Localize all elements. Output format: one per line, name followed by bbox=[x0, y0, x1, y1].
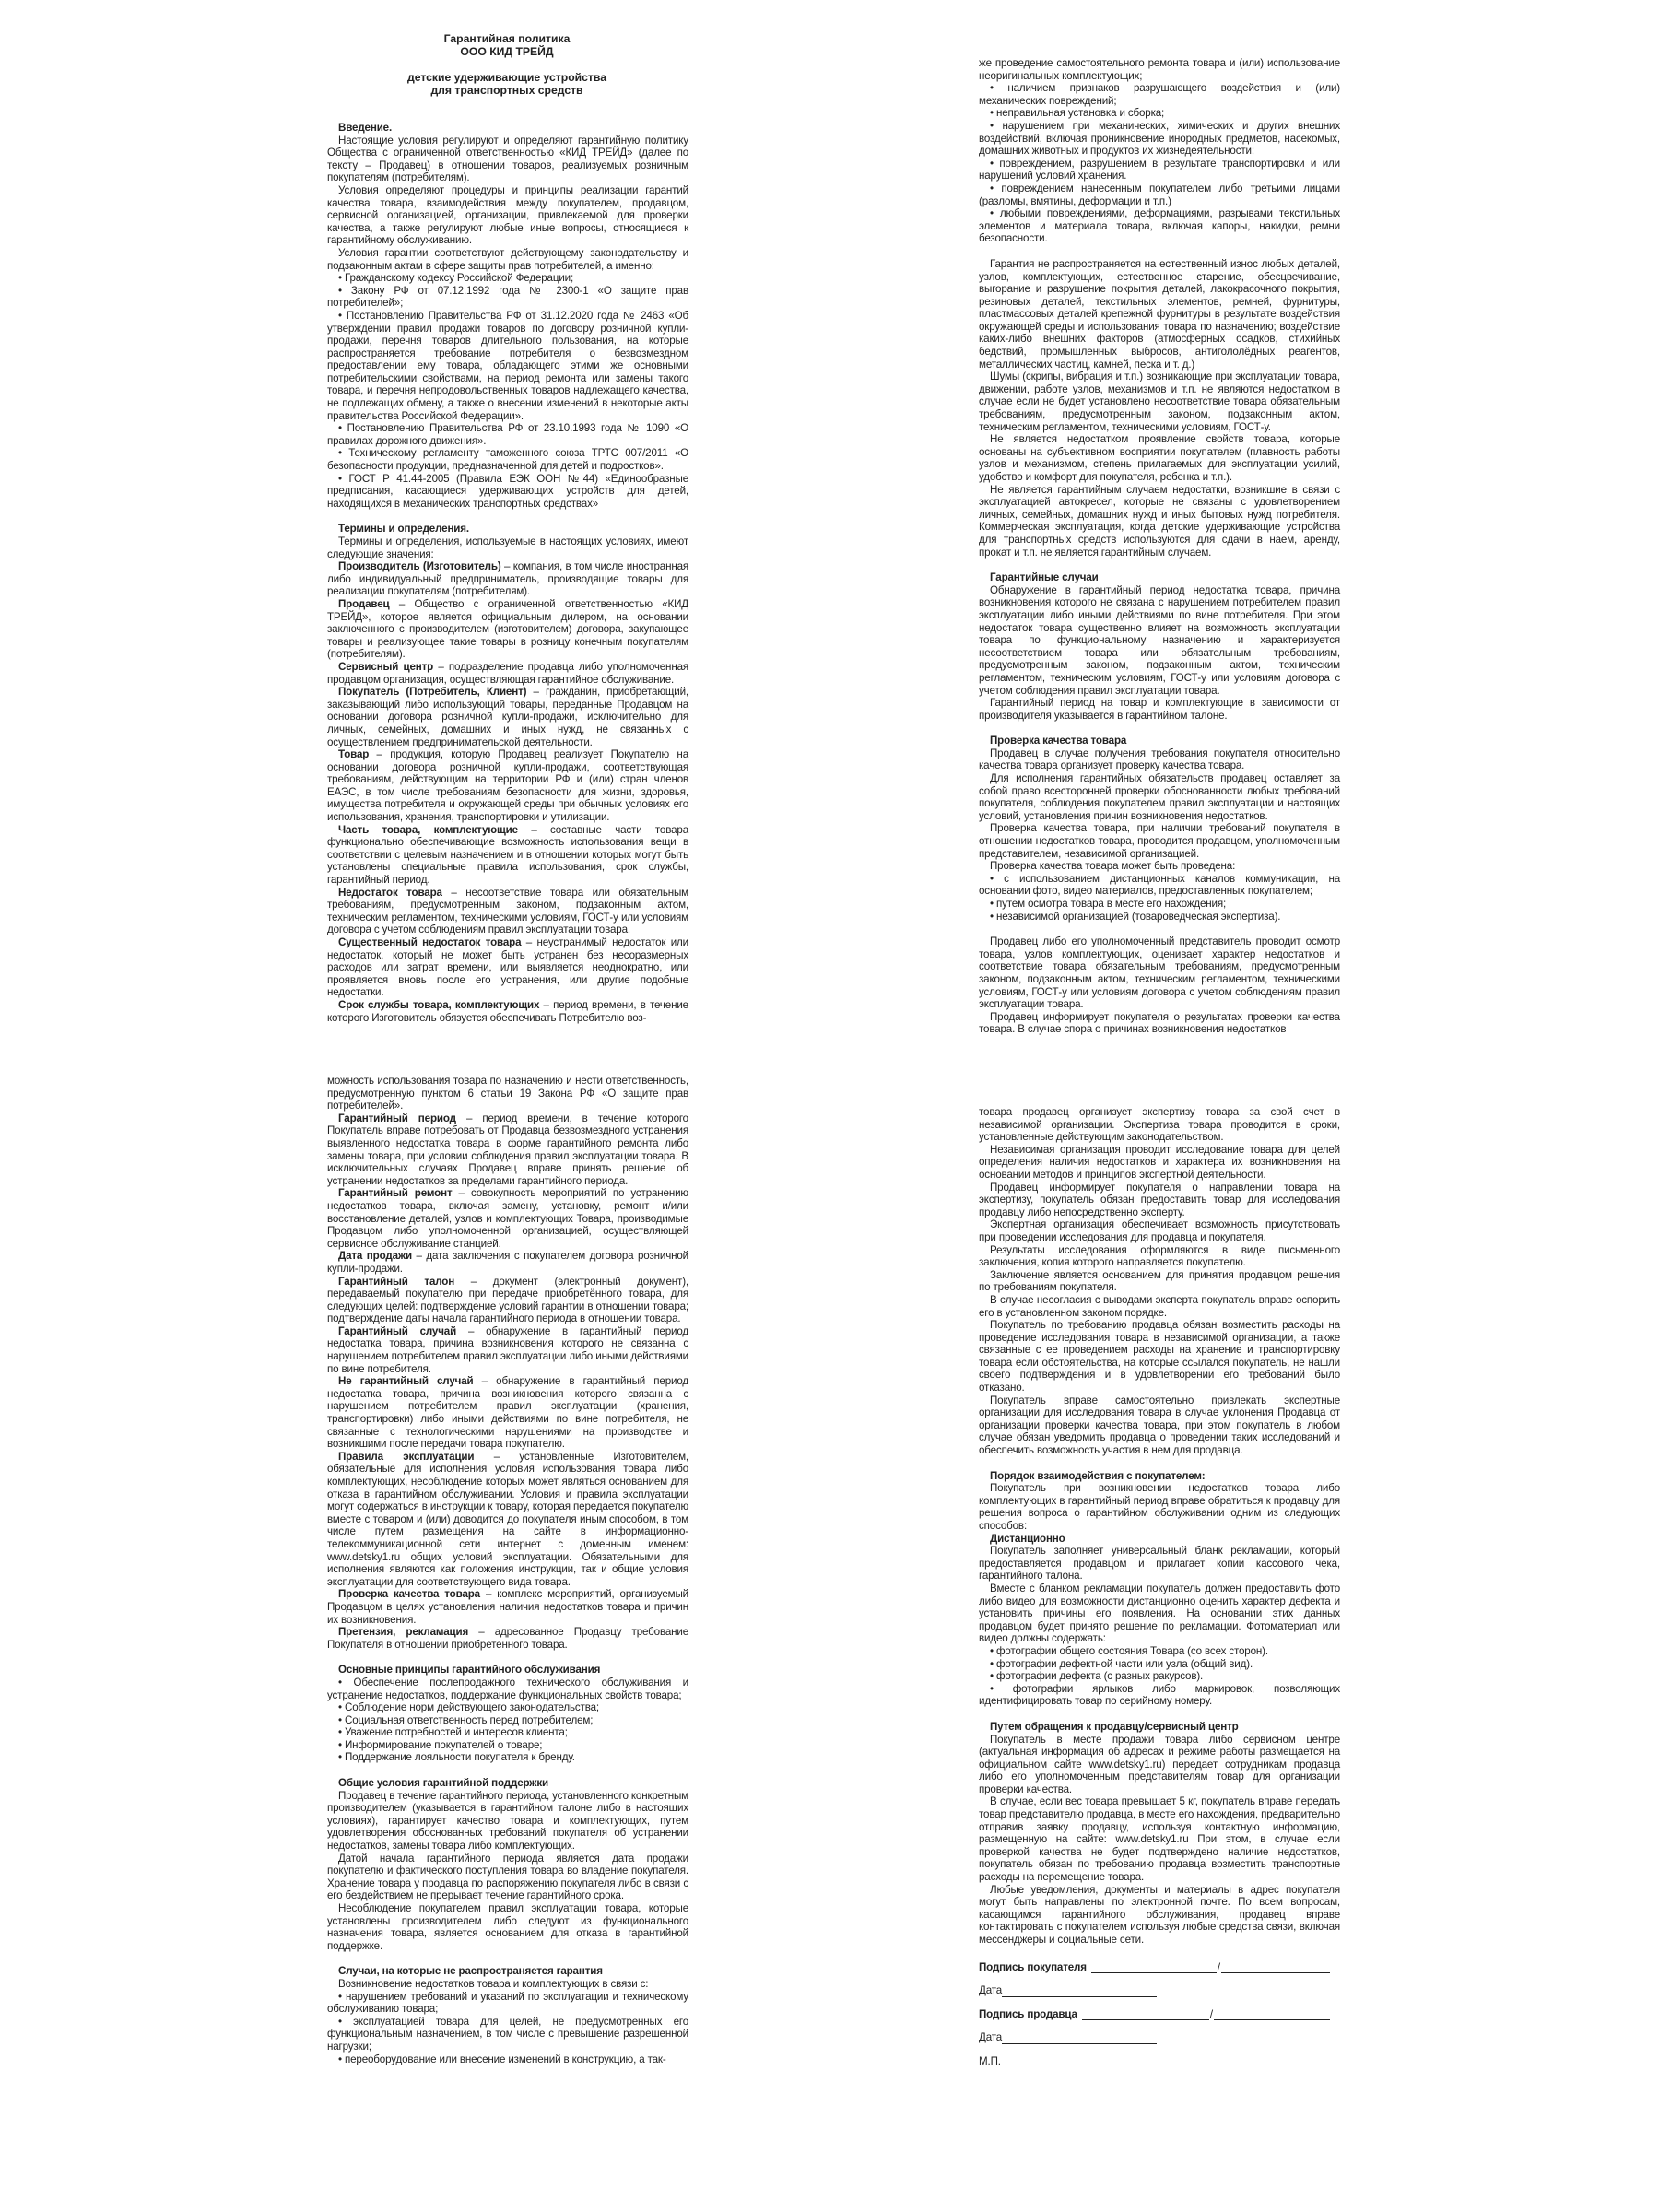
law-item: • Постановлению Правительства РФ от 31.1… bbox=[327, 310, 688, 422]
stamp-label: М.П. bbox=[979, 2055, 1001, 2068]
term-name: Товар bbox=[338, 748, 369, 760]
exclusion-item: • любыми повреждениями, деформациями, ра… bbox=[979, 207, 1340, 245]
principle-item: • Социальная ответственность перед потре… bbox=[327, 1714, 688, 1727]
quality-method: • независимой организацией (товароведчес… bbox=[979, 911, 1340, 924]
intro-paragraph: Настоящие условия регулируют и определяю… bbox=[327, 135, 688, 184]
term-definition: Проверка качества товара – комплекс меро… bbox=[327, 1588, 688, 1626]
term-name: Недостаток товара bbox=[338, 887, 442, 899]
exclusion-item: • неправильная установка и сборка; bbox=[979, 107, 1340, 120]
term-name: Претензия, рекламация bbox=[338, 1626, 468, 1638]
term-continuation: можность использования товара по назначе… bbox=[327, 1075, 688, 1112]
seller-date-row: Дата bbox=[979, 2031, 1340, 2044]
photo-item: • фотографии дефекта (с разных ракурсов)… bbox=[979, 1670, 1340, 1683]
quality-method: • с использованием дистанционных каналов… bbox=[979, 873, 1340, 898]
exclusions-intro: Возникновение недостатков товара и компл… bbox=[327, 1978, 688, 1991]
quality-paragraph: товара продавец организует экспертизу то… bbox=[979, 1106, 1340, 1144]
term-definition: Сервисный центр – подразделение продавца… bbox=[327, 661, 688, 686]
law-item: • Закону РФ от 07.12.1992 года № 2300-1 … bbox=[327, 285, 688, 310]
quality-paragraph: Проверка качества товара может быть пров… bbox=[979, 860, 1340, 873]
term-definition: Не гарантийный случай – обнаружение в га… bbox=[327, 1375, 688, 1451]
term-name: Продавец bbox=[338, 598, 390, 610]
remote-paragraph: Покупатель заполняет универсальный бланк… bbox=[979, 1545, 1340, 1583]
buyer-signature-label: Подпись покупателя bbox=[979, 1961, 1087, 1974]
photo-item: • фотографии ярлыков либо маркировок, по… bbox=[979, 1683, 1340, 1708]
law-item: • Постановлению Правительства РФ от 23.1… bbox=[327, 422, 688, 447]
section-heading-warranty-cases: Гарантийные случаи bbox=[979, 571, 1340, 584]
seller-date-field[interactable] bbox=[1002, 2032, 1157, 2044]
term-name: Покупатель (Потребитель, Клиент) bbox=[338, 686, 526, 698]
law-item: • ГОСТ Р 41.44-2005 (Правила ЕЭК ООН №44… bbox=[327, 473, 688, 511]
exclusion-paragraph: Не является гарантийным случаем недостат… bbox=[979, 484, 1340, 559]
principle-item: • Обеспечение послепродажного техническо… bbox=[327, 1677, 688, 1701]
term-name: Гарантийный ремонт bbox=[338, 1187, 452, 1199]
intro-paragraph: Условия определяют процедуры и принципы … bbox=[327, 184, 688, 247]
term-definition: Гарантийный талон – документ (электронны… bbox=[327, 1276, 688, 1325]
quality-paragraph: Покупатель вправе самостоятельно привлек… bbox=[979, 1394, 1340, 1457]
term-definition: Дата продажи – дата заключения с покупат… bbox=[327, 1250, 688, 1275]
quality-paragraph: Продавец информирует покупателя о резуль… bbox=[979, 1011, 1340, 1036]
buyer-date-row: Дата bbox=[979, 1984, 1340, 1997]
seller-signature-label: Подпись продавца bbox=[979, 2008, 1077, 2021]
quality-paragraph: Заключение является основанием для приня… bbox=[979, 1269, 1340, 1294]
quality-paragraph: Результаты исследования оформляются в ви… bbox=[979, 1244, 1340, 1269]
general-paragraph: Продавец в течение гарантийного периода,… bbox=[327, 1790, 688, 1853]
seller-signature-field[interactable] bbox=[1082, 2008, 1209, 2020]
subheading-visit: Путем обращения к продавцу/сервисный цен… bbox=[979, 1721, 1340, 1734]
quality-paragraph: Продавец в случае получения требования п… bbox=[979, 747, 1340, 772]
remote-paragraph: Вместе с бланком рекламации покупатель д… bbox=[979, 1583, 1340, 1645]
quality-paragraph: Для исполнения гарантийных обязательств … bbox=[979, 772, 1340, 822]
quality-method: • путем осмотра товара в месте его нахож… bbox=[979, 898, 1340, 911]
warranty-case-paragraph: Обнаружение в гарантийный период недоста… bbox=[979, 584, 1340, 697]
exclusion-item: же проведение самостоятельного ремонта т… bbox=[979, 57, 1340, 82]
term-name: Гарантийный период bbox=[338, 1112, 456, 1124]
term-name: Правила эксплуатации bbox=[338, 1451, 474, 1463]
photo-item: • фотографии общего состояния Товара (со… bbox=[979, 1645, 1340, 1658]
photo-item: • фотографии дефектной части или узла (о… bbox=[979, 1658, 1340, 1671]
subheading-remote: Дистанционно bbox=[979, 1533, 1340, 1546]
visit-paragraph: Любые уведомления, документы и материалы… bbox=[979, 1884, 1340, 1947]
principle-item: • Соблюдение норм действующего законодат… bbox=[327, 1701, 688, 1714]
law-item: • Техническому регламенту таможенного со… bbox=[327, 447, 688, 472]
term-definition: Производитель (Изготовитель) – компания,… bbox=[327, 560, 688, 598]
general-paragraph: Датой начала гарантийного периода являет… bbox=[327, 1853, 688, 1902]
section-heading-quality-check: Проверка качества товара bbox=[979, 735, 1340, 747]
warranty-case-paragraph: Гарантийный период на товар и комплектую… bbox=[979, 697, 1340, 722]
section-heading-principles: Основные принципы гарантийного обслужива… bbox=[327, 1664, 688, 1677]
quality-paragraph: Продавец информирует покупателя о направ… bbox=[979, 1182, 1340, 1219]
buyer-date-label: Дата bbox=[979, 1984, 1002, 1997]
terms-intro: Термины и определения, используемые в на… bbox=[327, 535, 688, 560]
exclusion-item: • эксплуатацией товара для целей, не пре… bbox=[327, 2016, 688, 2053]
right-column-page-2: товара продавец организует экспертизу то… bbox=[979, 1106, 1340, 2068]
term-name: Сервисный центр bbox=[338, 661, 433, 673]
seller-name-field[interactable] bbox=[1214, 2008, 1330, 2020]
quality-paragraph: В случае несогласия с выводами эксперта … bbox=[979, 1294, 1340, 1319]
term-name: Не гарантийный случай bbox=[338, 1375, 474, 1387]
exclusion-item: • повреждением нанесенным покупателем ли… bbox=[979, 182, 1340, 207]
principle-item: • Информирование покупателей о товаре; bbox=[327, 1739, 688, 1752]
term-definition: Существенный недостаток товара – неустра… bbox=[327, 936, 688, 999]
law-item: • Гражданскому кодексу Российской Федера… bbox=[327, 272, 688, 285]
term-definition: Товар – продукция, которую Продавец реал… bbox=[327, 748, 688, 824]
term-definition: Гарантийный случай – обнаружение в гаран… bbox=[327, 1325, 688, 1375]
subtitle-line-2: для транспортных средств bbox=[313, 84, 700, 97]
title-line-2: ООО КИД ТРЕЙД bbox=[313, 45, 700, 58]
term-definition: Недостаток товара – несоответствие товар… bbox=[327, 887, 688, 936]
general-paragraph: Несоблюдение покупателем правил эксплуат… bbox=[327, 1902, 688, 1952]
term-name: Гарантийный случай bbox=[338, 1325, 456, 1337]
section-heading-general: Общие условия гарантийной поддержки bbox=[327, 1777, 688, 1790]
spacer bbox=[979, 923, 1340, 935]
intro-paragraph: Условия гарантии соответствуют действующ… bbox=[327, 247, 688, 272]
principle-item: • Поддержание лояльности покупателя к бр… bbox=[327, 1751, 688, 1764]
term-name: Часть товара, комплектующие bbox=[338, 824, 518, 836]
section-heading-interaction: Порядок взаимодействия с покупателем: bbox=[979, 1470, 1340, 1483]
exclusion-paragraph: Не является недостатком проявление свойс… bbox=[979, 433, 1340, 483]
visit-paragraph: В случае, если вес товара превышает 5 кг… bbox=[979, 1795, 1340, 1883]
visit-paragraph: Покупатель в месте продажи товара либо с… bbox=[979, 1734, 1340, 1796]
term-name: Производитель (Изготовитель) bbox=[338, 560, 501, 572]
section-heading-exclusions: Случаи, на которые не распространяется г… bbox=[327, 1965, 688, 1978]
right-column-page-1: же проведение самостоятельного ремонта т… bbox=[979, 57, 1340, 1036]
exclusion-item: • нарушением требований и указаний по эк… bbox=[327, 1991, 688, 2016]
exclusion-item: • наличием признаков разрушающего воздей… bbox=[979, 82, 1340, 107]
interaction-intro: Покупатель при возникновении недостатков… bbox=[979, 1482, 1340, 1532]
quality-paragraph: Покупатель по требованию продавца обязан… bbox=[979, 1319, 1340, 1394]
quality-paragraph: Продавец либо его уполномоченный предста… bbox=[979, 935, 1340, 1011]
term-definition: Претензия, рекламация – адресованное Про… bbox=[327, 1626, 688, 1651]
exclusion-item: • переоборудование или внесение изменени… bbox=[327, 2053, 688, 2066]
left-column-page-1: Введение. Настоящие условия регулируют и… bbox=[327, 122, 688, 1024]
exclusion-item: • нарушением при механических, химически… bbox=[979, 120, 1340, 158]
buyer-name-field[interactable] bbox=[1221, 1961, 1330, 1973]
term-definition: Часть товара, комплектующие – составные … bbox=[327, 824, 688, 887]
quality-paragraph: Проверка качества товара, при наличии тр… bbox=[979, 822, 1340, 860]
term-name: Гарантийный талон bbox=[338, 1276, 454, 1288]
left-column-page-2: можность использования товара по назначе… bbox=[327, 1075, 688, 2065]
document-title: Гарантийная политика ООО КИД ТРЕЙД детск… bbox=[313, 32, 700, 97]
section-heading-intro: Введение. bbox=[327, 122, 688, 135]
term-definition: Покупатель (Потребитель, Клиент) – гражд… bbox=[327, 686, 688, 748]
term-definition: Правила эксплуатации – установленные Изг… bbox=[327, 1451, 688, 1589]
stamp-row: М.П. bbox=[979, 2055, 1340, 2068]
buyer-date-field[interactable] bbox=[1002, 1985, 1157, 1997]
term-name: Проверка качества товара bbox=[338, 1588, 480, 1600]
quality-paragraph: Экспертная организация обеспечивает возм… bbox=[979, 1218, 1340, 1243]
term-definition: Срок службы товара, комплектующих – пери… bbox=[327, 999, 688, 1024]
term-definition: Гарантийный период – период времени, в т… bbox=[327, 1112, 688, 1188]
term-name: Дата продажи bbox=[338, 1250, 412, 1262]
subtitle-line-1: детские удерживающие устройства bbox=[313, 71, 700, 84]
buyer-signature-field[interactable] bbox=[1091, 1961, 1217, 1973]
quality-paragraph: Независимая организация проводит исследо… bbox=[979, 1144, 1340, 1182]
term-definition: Продавец – Общество с ограниченной ответ… bbox=[327, 598, 688, 661]
principle-item: • Уважение потребностей и интересов клие… bbox=[327, 1726, 688, 1739]
title-line-1: Гарантийная политика bbox=[313, 32, 700, 45]
buyer-signature-row: Подпись покупателя / bbox=[979, 1961, 1340, 1974]
section-heading-terms: Термины и определения. bbox=[327, 523, 688, 535]
exclusion-paragraph: Шумы (скрипы, вибрация и т.п.) возникающ… bbox=[979, 371, 1340, 433]
term-name: Существенный недостаток товара bbox=[338, 936, 521, 948]
exclusion-item: • повреждением, разрушением в результате… bbox=[979, 158, 1340, 182]
term-name: Срок службы товара, комплектующих bbox=[338, 999, 539, 1011]
exclusion-paragraph: Гарантия не распространяется на естестве… bbox=[979, 258, 1340, 371]
term-definition: Гарантийный ремонт – совокупность меропр… bbox=[327, 1187, 688, 1250]
seller-signature-row: Подпись продавца / bbox=[979, 2008, 1340, 2021]
seller-date-label: Дата bbox=[979, 2031, 1002, 2044]
spacer bbox=[979, 245, 1340, 258]
